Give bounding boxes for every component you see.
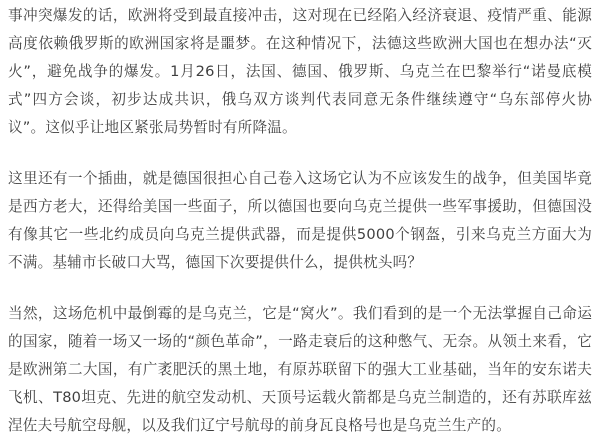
paragraph-europe-impact: 事冲突爆发的话，欧洲将受到最直接冲击，这对现在已经陷入经济衰退、疫情严重、能源高… <box>8 2 592 142</box>
paragraph-ukraine-fate: 当然，这场危机中最倒霉的是乌克兰，它是“窝火”。我们看到的是一个无法掌握自己命运… <box>8 300 592 439</box>
paragraph-germany-helmets: 这里还有一个插曲，就是德国很担心自己卷入这场它认为不应该发生的战争，但美国毕竟是… <box>8 165 592 277</box>
article-body: 事冲突爆发的话，欧洲将受到最直接冲击，这对现在已经陷入经济衰退、疫情严重、能源高… <box>0 0 600 439</box>
